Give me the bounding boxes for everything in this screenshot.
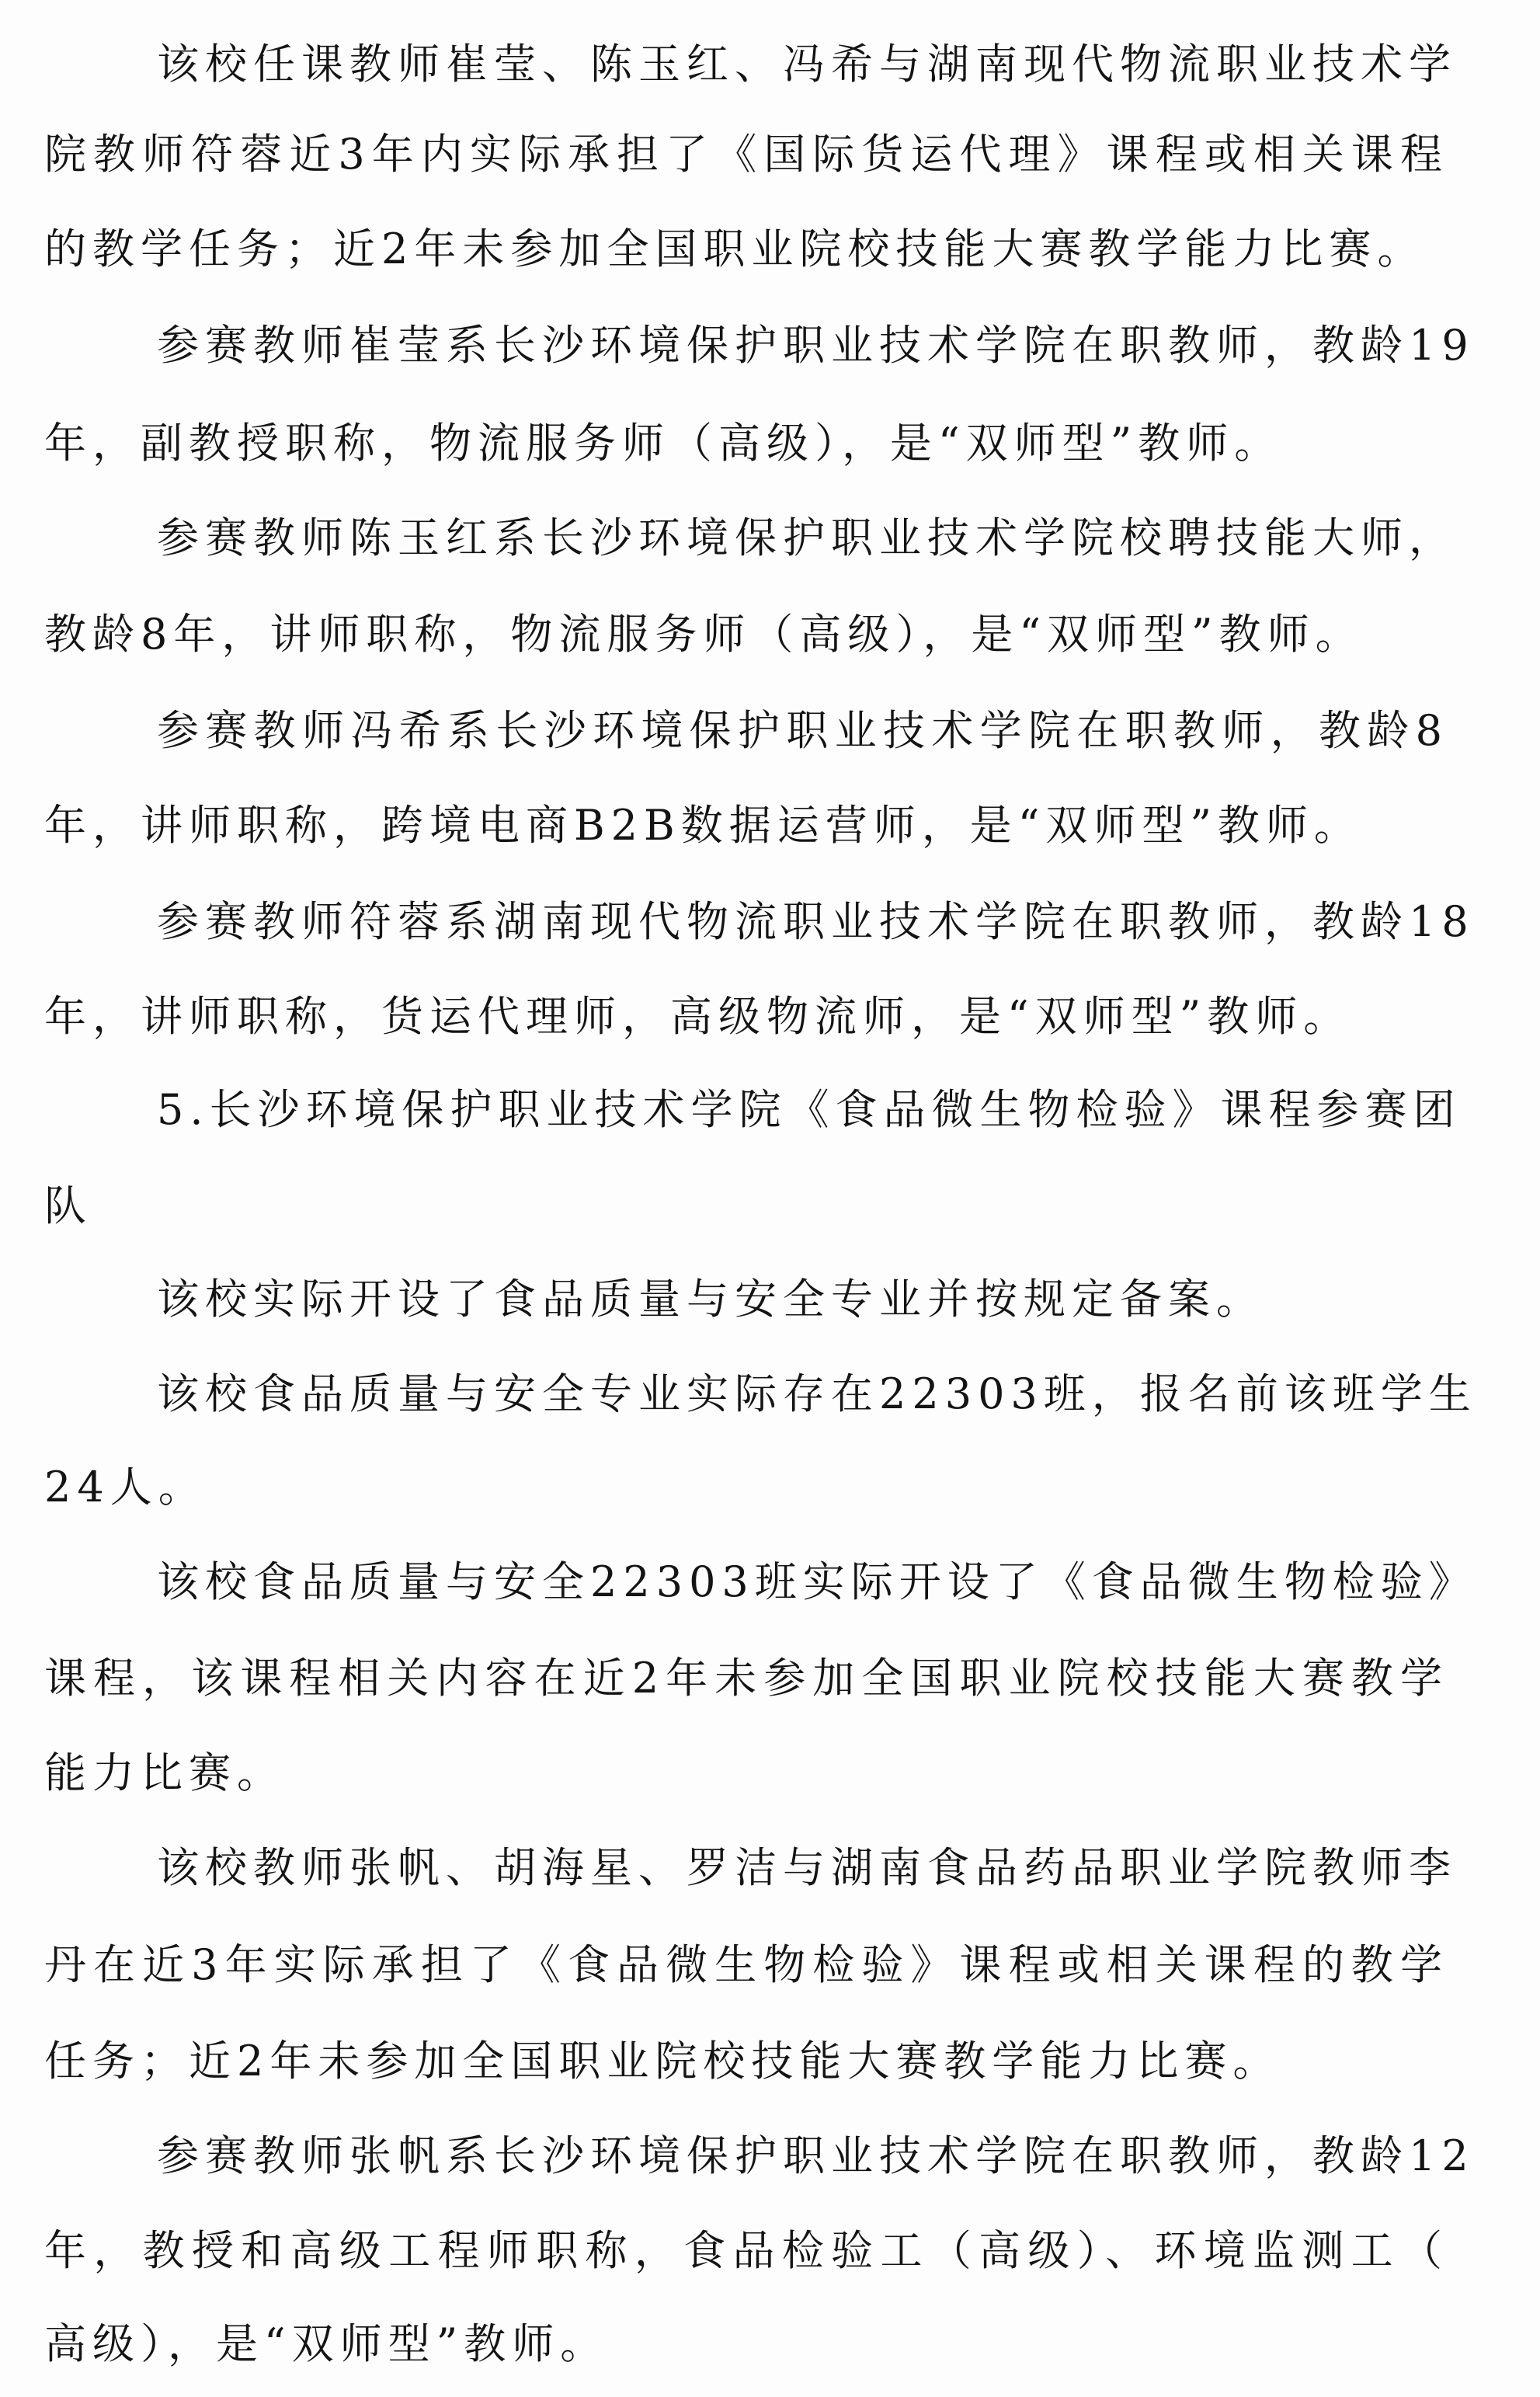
paragraph-9-line-1: 该校食品质量与安全22303班实际开设了《食品微生物检验》	[157, 1535, 1448, 1630]
section-heading-line-1: 5.长沙环境保护职业技术学院《食品微生物检验》课程参赛团	[157, 1063, 1448, 1157]
paragraph-11-line-2: 年，教授和高级工程师职称，食品检验工（高级）、环境监测工（	[44, 2204, 1448, 2298]
paragraph-10-line-2: 丹在近3年实际承担了《食品微生物检验》课程或相关课程的教学	[44, 1918, 1448, 2013]
paragraph-11-line-3: 高级），是“双师型”教师。	[44, 2297, 1448, 2392]
paragraph-5-line-1: 参赛教师符蓉系湖南现代物流职业技术学院在职教师，教龄18	[157, 875, 1448, 969]
section-heading-line-2: 队	[44, 1159, 1448, 1254]
paragraph-5-line-2: 年，讲师职称，货运代理师，高级物流师，是“双师型”教师。	[44, 969, 1448, 1064]
document-page: 该校任课教师崔莹、陈玉红、冯希与湖南现代物流职业技术学 院教师符蓉近3年内实际承…	[0, 0, 1540, 2397]
paragraph-2-line-1: 参赛教师崔莹系长沙环境保护职业技术学院在职教师，教龄19	[157, 298, 1448, 393]
paragraph-11-line-1: 参赛教师张帆系长沙环境保护职业技术学院在职教师，教龄12	[157, 2109, 1448, 2204]
paragraph-3-line-2: 教龄8年，讲师职称，物流服务师（高级），是“双师型”教师。	[44, 587, 1448, 682]
paragraph-3-line-1: 参赛教师陈玉红系长沙环境保护职业技术学院校聘技能大师，	[157, 491, 1448, 586]
paragraph-8-line-2: 24人。	[44, 1440, 1448, 1535]
paragraph-8-line-1: 该校食品质量与安全专业实际存在22303班，报名前该班学生	[157, 1347, 1448, 1442]
paragraph-2-line-2: 年，副教授职称，物流服务师（高级），是“双师型”教师。	[44, 396, 1448, 491]
paragraph-7-line-1: 该校实际开设了食品质量与安全专业并按规定备案。	[157, 1252, 1448, 1347]
paragraph-1-line-3: 的教学任务；近2年未参加全国职业院校技能大赛教学能力比赛。	[44, 202, 1448, 297]
paragraph-10-line-1: 该校教师张帆、胡海星、罗洁与湖南食品药品职业学院教师李	[157, 1821, 1448, 1915]
paragraph-9-line-3: 能力比赛。	[44, 1726, 1448, 1821]
paragraph-10-line-3: 任务；近2年未参加全国职业院校技能大赛教学能力比赛。	[44, 2014, 1448, 2109]
paragraph-1-line-1: 该校任课教师崔莹、陈玉红、冯希与湖南现代物流职业技术学	[157, 17, 1448, 112]
paragraph-4-line-2: 年，讲师职称，跨境电商B2B数据运营师，是“双师型”教师。	[44, 778, 1448, 873]
paragraph-4-line-1: 参赛教师冯希系长沙环境保护职业技术学院在职教师，教龄8	[157, 684, 1448, 778]
paragraph-1-line-2: 院教师符蓉近3年内实际承担了《国际货运代理》课程或相关课程	[44, 107, 1448, 202]
paragraph-9-line-2: 课程，该课程相关内容在近2年未参加全国职业院校技能大赛教学	[44, 1631, 1448, 1726]
